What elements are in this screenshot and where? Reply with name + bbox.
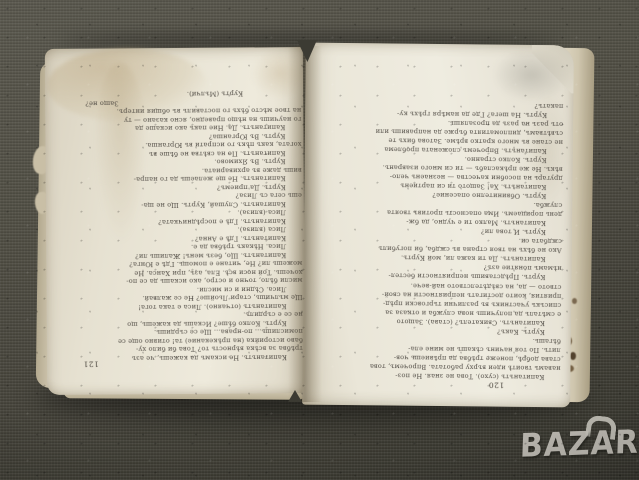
vignette: [0, 0, 639, 480]
photo-open-book: 121 Капитанътъ. Не искамъ да кажешь, че …: [0, 0, 639, 480]
